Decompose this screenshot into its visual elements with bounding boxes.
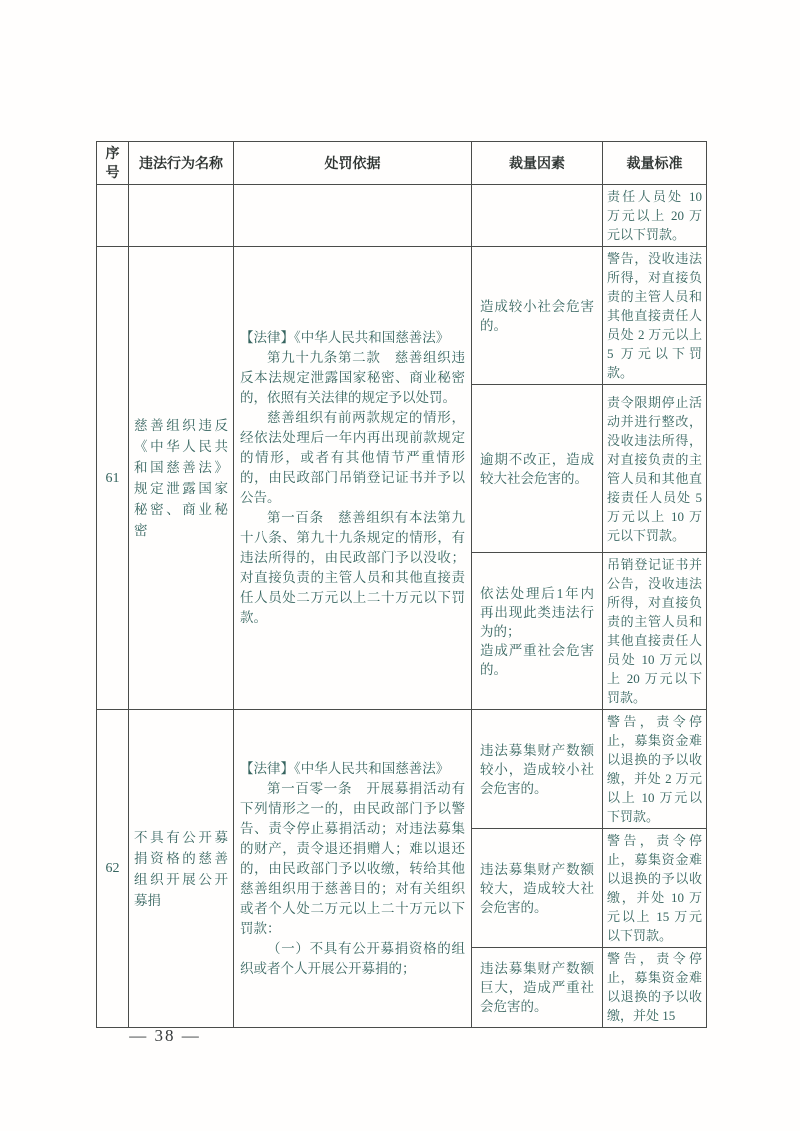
discretion-factor: 造成较小社会危害的。 [472,247,603,385]
row-number: 62 [97,710,129,1028]
col-header-no: 序号 [97,142,129,185]
col-header-discretion-standard: 裁量标准 [603,142,707,185]
table-row: 61 慈善组织违反《中华人民共和国慈善法》规定泄露国家秘密、商业秘密 【法律】《… [97,247,707,385]
discretion-standard: 警告，责令停止，募集资金难以退换的予以收缴，并处 10 万元以上 15 万元以下… [603,829,707,948]
basis-paragraph: 【法律】《中华人民共和国慈善法》 [240,328,465,348]
basis-paragraph: 第一百条 慈善组织有本法第九十八条、第九十九条规定的情形，有违法所得的，由民政部… [240,508,465,628]
factor-line: 逾期不改正，造成较大社会危害的。 [480,450,594,488]
basis-paragraph: 第九十九条第二款 慈善组织违反本法规定泄露国家秘密、商业秘密的，依照有关法律的规… [240,348,465,408]
discretion-factor: 违法募集财产数额较大，造成较大社会危害的。 [472,829,603,948]
discretion-standard: 责任人员处 10 万元以上 20 万元以下罚款。 [603,185,707,247]
discretion-standard: 警告，责令停止，募集资金难以退换的予以收缴，并处 2 万元以上 10 万元以下罚… [603,710,707,829]
basis-paragraph: 慈善组织有前两款规定的情形，经依法处理后一年内再出现前款规定的情形，或者有其他情… [240,408,465,508]
violation-name: 慈善组织违反《中华人民共和国慈善法》规定泄露国家秘密、商业秘密 [129,247,234,710]
document-page: 序号 违法行为名称 处罚依据 裁量因素 裁量标准 责任人员处 10 万元以上 2… [0,0,800,1131]
basis-paragraph: 【法律】《中华人民共和国慈善法》 [240,759,465,779]
discretion-standard: 警告，责令停止，募集资金难以退换的予以收缴，并处 15 [603,948,707,1028]
factor-line: 违法募集财产数额较小，造成较小社会危害的。 [480,741,594,798]
discretion-factor: 逾期不改正，造成较大社会危害的。 [472,385,603,553]
factor-line: 造成严重社会危害的。 [480,641,594,679]
carryover-name-cell [129,185,234,247]
factor-line: 违法募集财产数额巨大，造成严重社会危害的。 [480,959,594,1016]
table-header-row: 序号 违法行为名称 处罚依据 裁量因素 裁量标准 [97,142,707,185]
discretion-standard: 警告，没收违法所得，对直接负责的主管人员和其他直接责任人员处 2 万元以上 5 … [603,247,707,385]
page-number: — 38 — [110,1026,220,1046]
violation-name: 不具有公开募捐资格的慈善组织开展公开募捐 [129,710,234,1028]
factor-line: 依法处理后1年内再出现此类违法行为的； [480,584,594,641]
col-header-penalty-basis: 处罚依据 [234,142,472,185]
discretion-standard: 责令限期停止活动并进行整改，没收违法所得，对直接负责的主管人员和其他直接责任人员… [603,385,707,553]
carryover-row: 责任人员处 10 万元以上 20 万元以下罚款。 [97,185,707,247]
penalty-basis: 【法律】《中华人民共和国慈善法》 第九十九条第二款 慈善组织违反本法规定泄露国家… [234,247,472,710]
discretion-factor: 违法募集财产数额较小，造成较小社会危害的。 [472,710,603,829]
discretion-factor: 依法处理后1年内再出现此类违法行为的； 造成严重社会危害的。 [472,553,603,710]
carryover-no-cell [97,185,129,247]
row-number: 61 [97,247,129,710]
table-row: 62 不具有公开募捐资格的慈善组织开展公开募捐 【法律】《中华人民共和国慈善法》… [97,710,707,829]
col-header-violation-name: 违法行为名称 [129,142,234,185]
penalty-basis: 【法律】《中华人民共和国慈善法》 第一百零一条 开展募捐活动有下列情形之一的，由… [234,710,472,1028]
basis-paragraph: （一）不具有公开募捐资格的组织或者个人开展公开募捐的； [240,939,465,979]
factor-line: 违法募集财产数额较大，造成较大社会危害的。 [480,860,594,917]
basis-paragraph: 第一百零一条 开展募捐活动有下列情形之一的，由民政部门予以警告、责令停止募捐活动… [240,779,465,939]
col-header-discretion-factor: 裁量因素 [472,142,603,185]
factor-line: 造成较小社会危害的。 [480,297,594,335]
discretion-standard: 吊销登记证书并公告，没收违法所得，对直接负责的主管人员和其他直接责任人员处 10… [603,553,707,710]
carryover-basis-cell [234,185,472,247]
truncated-standard-text: 警告，责令停止，募集资金难以退换的予以收缴，并处 15 [607,949,702,1025]
discretion-factor: 违法募集财产数额巨大，造成严重社会危害的。 [472,948,603,1028]
carryover-factor-cell [472,185,603,247]
penalty-discretion-table: 序号 违法行为名称 处罚依据 裁量因素 裁量标准 责任人员处 10 万元以上 2… [96,141,707,1028]
